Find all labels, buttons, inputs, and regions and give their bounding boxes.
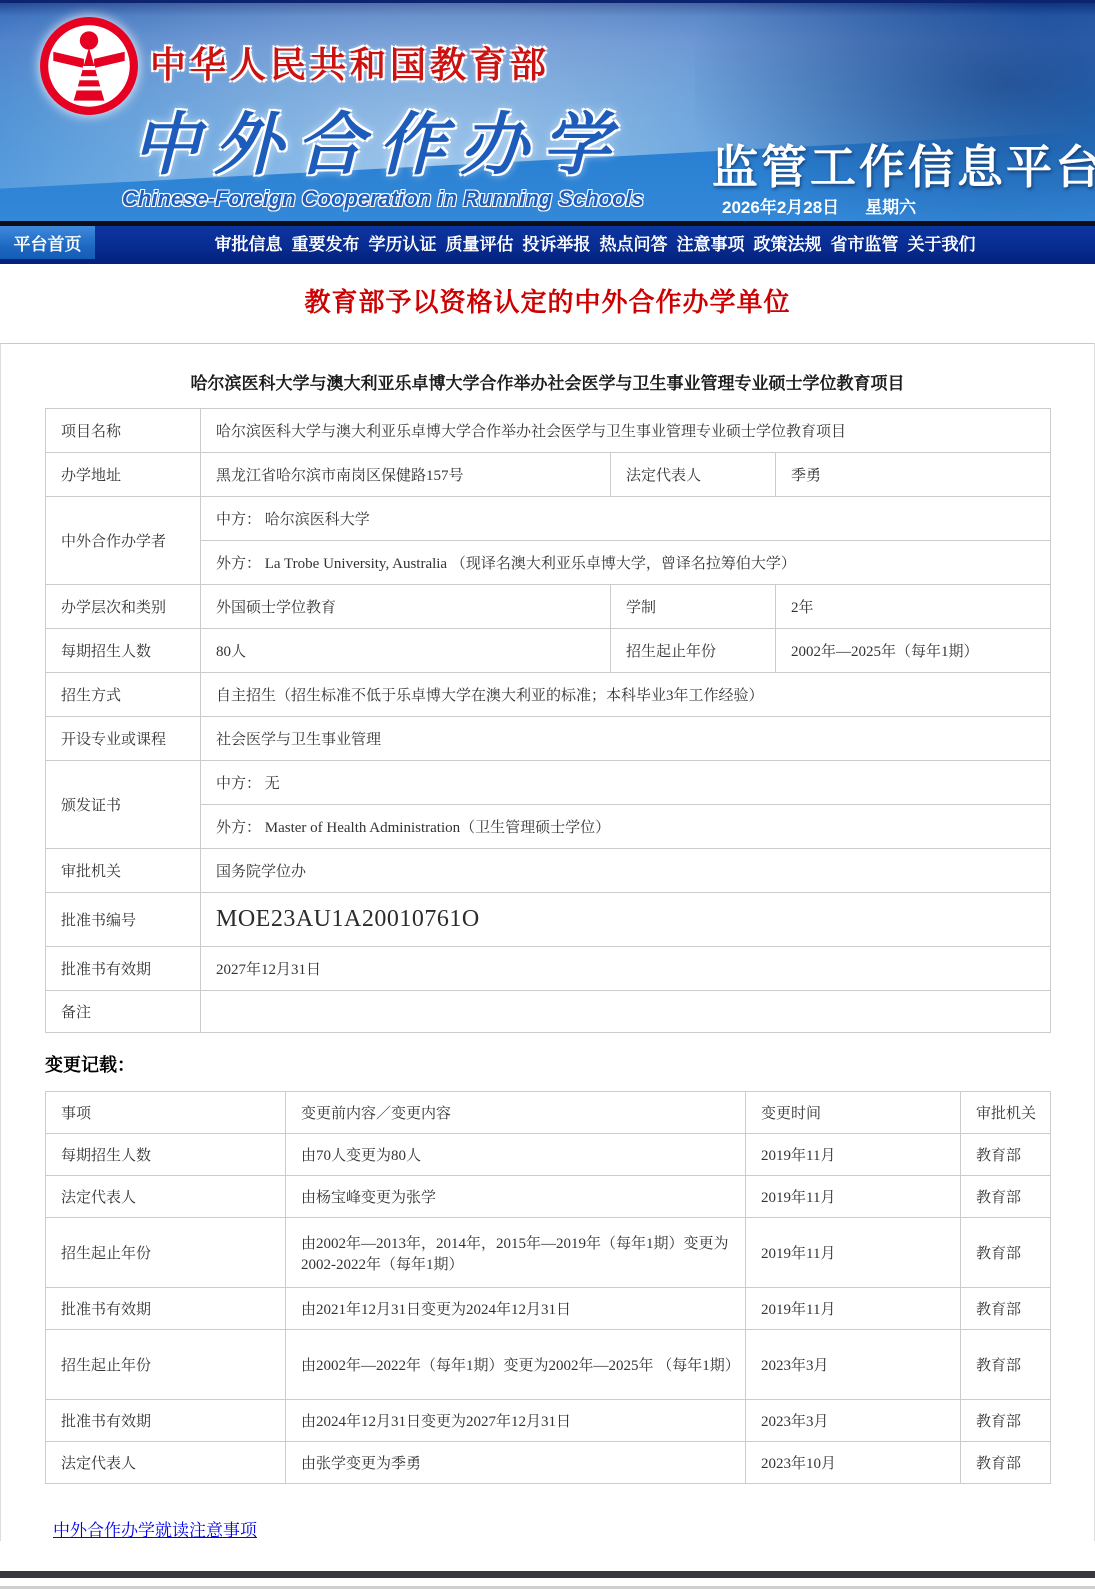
current-date: 2026年2月28日 [722, 198, 839, 217]
chg-approver: 教育部 [961, 1176, 1051, 1218]
table-row: 项目名称 哈尔滨医科大学与澳大利亚乐卓博大学合作举办社会医学与卫生事业管理专业硕… [46, 409, 1051, 453]
chg-content: 由2002年—2013年，2014年，2015年—2019年（每年1期）变更为2… [286, 1218, 746, 1288]
main-nav: 平台首页 审批信息 重要发布 学历认证 质量评估 投诉举报 热点问答 注意事项 … [0, 226, 1095, 264]
footer-dark-bar [0, 1571, 1095, 1578]
current-weekday: 星期六 [865, 198, 916, 217]
chg-approver: 教育部 [961, 1330, 1051, 1400]
table-row: 办学层次和类别 外国硕士学位教育 学制 2年 [46, 585, 1051, 629]
chg-approver: 教育部 [961, 1288, 1051, 1330]
value-approver: 国务院学位办 [201, 849, 1051, 893]
label-enrollment: 每期招生人数 [46, 629, 201, 673]
value-level: 外国硕士学位教育 [201, 585, 611, 629]
value-legal-rep: 季勇 [776, 453, 1051, 497]
table-row: 批准书有效期 2027年12月31日 [46, 947, 1051, 991]
table-row: 招生起止年份 由2002年—2013年，2014年，2015年—2019年（每年… [46, 1218, 1051, 1288]
value-cert-foreign: 外方： Master of Health Administration（卫生管理… [201, 805, 1051, 849]
nav-item-quality-evaluation[interactable]: 质量评估 [446, 230, 514, 255]
site-subtitle-en: Chinese-Foreign Cooperation in Running S… [122, 186, 644, 212]
value-duration: 2年 [776, 585, 1051, 629]
chg-item: 批准书有效期 [46, 1288, 286, 1330]
value-majors: 社会医学与卫生事业管理 [201, 717, 1051, 761]
nav-item-notices[interactable]: 注意事项 [677, 230, 745, 255]
chg-approver: 教育部 [961, 1400, 1051, 1442]
value-enrollment: 80人 [201, 629, 611, 673]
value-partner-foreign: 外方： La Trobe University, Australia （现译名澳… [201, 541, 1051, 585]
program-info-table: 项目名称 哈尔滨医科大学与澳大利亚乐卓博大学合作举办社会医学与卫生事业管理专业硕… [45, 408, 1051, 1033]
chg-time: 2023年3月 [746, 1400, 961, 1442]
value-project-name: 哈尔滨医科大学与澳大利亚乐卓博大学合作举办社会医学与卫生事业管理专业硕士学位教育… [201, 409, 1051, 453]
label-certificates: 颁发证书 [46, 761, 201, 849]
value-remarks [201, 991, 1051, 1033]
table-row: 批准书有效期 由2021年12月31日变更为2024年12月31日 2019年1… [46, 1288, 1051, 1330]
chg-header-item: 事项 [46, 1092, 286, 1134]
label-years: 招生起止年份 [611, 629, 776, 673]
changes-heading: 变更记载： [45, 1051, 1050, 1077]
table-row: 每期招生人数 80人 招生起止年份 2002年—2025年（每年1期） [46, 629, 1051, 673]
chg-time: 2023年3月 [746, 1330, 961, 1400]
chg-item: 招生起止年份 [46, 1330, 286, 1400]
chg-header-time: 变更时间 [746, 1092, 961, 1134]
chg-approver: 教育部 [961, 1442, 1051, 1484]
nav-home-tab[interactable]: 平台首页 [0, 226, 95, 259]
notice-link[interactable]: 中外合作办学就读注意事项 [53, 1521, 257, 1540]
site-header: 中华人民共和国教育部 中外合作办学 Chinese-Foreign Cooper… [0, 0, 1095, 221]
nav-item-approval-info[interactable]: 审批信息 [215, 230, 283, 255]
label-approver: 审批机关 [46, 849, 201, 893]
value-cert-cn: 中方： 无 [201, 761, 1051, 805]
table-row: 招生方式 自主招生（招生标准不低于乐卓博大学在澳大利亚的标准；本科毕业3年工作经… [46, 673, 1051, 717]
chg-content: 由2002年—2022年（每年1期）变更为2002年—2025年 （每年1期） [286, 1330, 746, 1400]
nav-item-faq[interactable]: 热点问答 [600, 230, 668, 255]
label-remarks: 备注 [46, 991, 201, 1033]
page: 中华人民共和国教育部 中外合作办学 Chinese-Foreign Cooper… [0, 0, 1095, 1589]
program-title: 哈尔滨医科大学与澳大利亚乐卓博大学合作举办社会医学与卫生事业管理专业硕士学位教育… [45, 369, 1050, 394]
chg-header-approver: 审批机关 [961, 1092, 1051, 1134]
table-row: 批准书有效期 由2024年12月31日变更为2027年12月31日 2023年3… [46, 1400, 1051, 1442]
moe-emblem-icon [38, 15, 140, 117]
nav-item-provincial-supervision[interactable]: 省市监管 [831, 230, 899, 255]
chg-approver: 教育部 [961, 1134, 1051, 1176]
chg-item: 法定代表人 [46, 1442, 286, 1484]
table-row: 中外合作办学者 中方： 哈尔滨医科大学 [46, 497, 1051, 541]
chg-time: 2023年10月 [746, 1442, 961, 1484]
value-partner-cn: 中方： 哈尔滨医科大学 [201, 497, 1051, 541]
label-project-name: 项目名称 [46, 409, 201, 453]
table-row: 法定代表人 由杨宝峰变更为张学 2019年11月 教育部 [46, 1176, 1051, 1218]
label-partners: 中外合作办学者 [46, 497, 201, 585]
page-title: 教育部予以资格认定的中外合作办学单位 [0, 285, 1095, 320]
table-row: 招生起止年份 由2002年—2022年（每年1期）变更为2002年—2025年 … [46, 1330, 1051, 1400]
table-row: 办学地址 黑龙江省哈尔滨市南岗区保健路157号 法定代表人 季勇 [46, 453, 1051, 497]
label-majors: 开设专业或课程 [46, 717, 201, 761]
date-display: 2026年2月28日星期六 [722, 193, 916, 218]
chg-header-content: 变更前内容／变更内容 [286, 1092, 746, 1134]
changes-table: 事项 变更前内容／变更内容 变更时间 审批机关 每期招生人数 由70人变更为80… [45, 1091, 1051, 1484]
chg-time: 2019年11月 [746, 1134, 961, 1176]
nav-item-complaints[interactable]: 投诉举报 [523, 230, 591, 255]
label-method: 招生方式 [46, 673, 201, 717]
table-row: 法定代表人 由张学变更为季勇 2023年10月 教育部 [46, 1442, 1051, 1484]
table-row: 备注 [46, 991, 1051, 1033]
chg-content: 由张学变更为季勇 [286, 1442, 746, 1484]
nav-item-about-us[interactable]: 关于我们 [908, 230, 976, 255]
label-address: 办学地址 [46, 453, 201, 497]
value-address: 黑龙江省哈尔滨市南岗区保健路157号 [201, 453, 611, 497]
table-row: 批准书编号 MOE23AU1A20010761O [46, 893, 1051, 947]
label-legal-rep: 法定代表人 [611, 453, 776, 497]
value-method: 自主招生（招生标准不低于乐卓博大学在澳大利亚的标准；本科毕业3年工作经验） [201, 673, 1051, 717]
value-approval-no: MOE23AU1A20010761O [201, 893, 1051, 947]
platform-title: 监管工作信息平台 [712, 131, 1095, 197]
chg-approver: 教育部 [961, 1218, 1051, 1288]
chg-item: 法定代表人 [46, 1176, 286, 1218]
nav-item-important-releases[interactable]: 重要发布 [292, 230, 360, 255]
chg-time: 2019年11月 [746, 1176, 961, 1218]
table-row: 审批机关 国务院学位办 [46, 849, 1051, 893]
chg-content: 由2024年12月31日变更为2027年12月31日 [286, 1400, 746, 1442]
content-area: 哈尔滨医科大学与澳大利亚乐卓博大学合作举办社会医学与卫生事业管理专业硕士学位教育… [0, 343, 1095, 1541]
chg-item: 批准书有效期 [46, 1400, 286, 1442]
table-row: 颁发证书 中方： 无 [46, 761, 1051, 805]
label-duration: 学制 [611, 585, 776, 629]
chg-item: 每期招生人数 [46, 1134, 286, 1176]
ministry-title: 中华人民共和国教育部 [150, 37, 550, 88]
table-row: 开设专业或课程 社会医学与卫生事业管理 [46, 717, 1051, 761]
chg-content: 由杨宝峰变更为张学 [286, 1176, 746, 1218]
chg-content: 由2021年12月31日变更为2024年12月31日 [286, 1288, 746, 1330]
table-header-row: 事项 变更前内容／变更内容 变更时间 审批机关 [46, 1092, 1051, 1134]
chg-time: 2019年11月 [746, 1288, 961, 1330]
label-level: 办学层次和类别 [46, 585, 201, 629]
chg-time: 2019年11月 [746, 1218, 961, 1288]
table-row: 每期招生人数 由70人变更为80人 2019年11月 教育部 [46, 1134, 1051, 1176]
value-years: 2002年—2025年（每年1期） [776, 629, 1051, 673]
label-approval-valid: 批准书有效期 [46, 947, 201, 991]
value-approval-valid: 2027年12月31日 [201, 947, 1051, 991]
nav-item-credential-verification[interactable]: 学历认证 [369, 230, 437, 255]
nav-menu: 审批信息 重要发布 学历认证 质量评估 投诉举报 热点问答 注意事项 政策法规 … [95, 226, 1095, 259]
nav-item-policies[interactable]: 政策法规 [754, 230, 822, 255]
site-title: 中外合作办学 [132, 91, 624, 188]
label-approval-no: 批准书编号 [46, 893, 201, 947]
chg-item: 招生起止年份 [46, 1218, 286, 1288]
chg-content: 由70人变更为80人 [286, 1134, 746, 1176]
